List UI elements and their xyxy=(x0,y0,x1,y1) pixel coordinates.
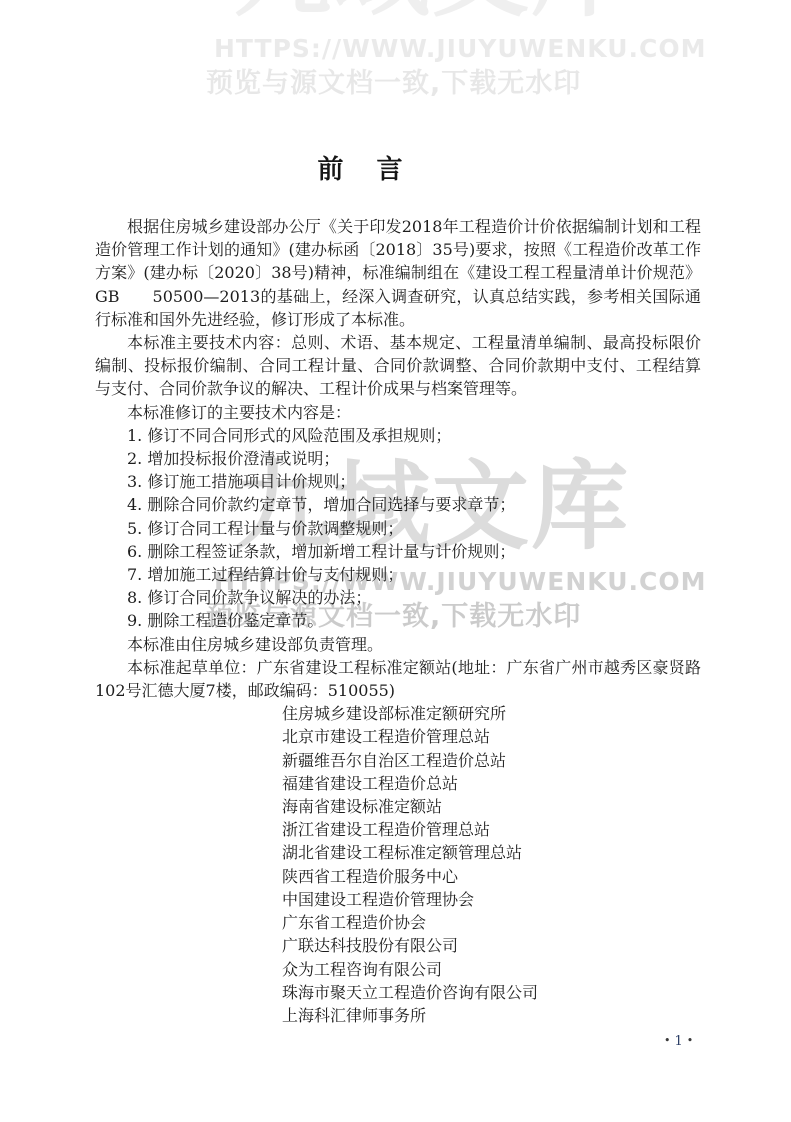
revision-item: 4. 删除合同价款约定章节，增加合同选择与要求章节； xyxy=(95,493,701,516)
drafting-org-item: 珠海市聚天立工程造价咨询有限公司 xyxy=(282,981,701,1004)
revision-item: 7. 增加施工过程结算计价与支付规则； xyxy=(95,563,701,586)
drafting-org-item: 北京市建设工程造价管理总站 xyxy=(282,725,701,748)
page-number-right-dot: • xyxy=(687,1034,694,1047)
drafting-org-item: 福建省建设工程造价总站 xyxy=(282,772,701,795)
drafting-org-item: 广联达科技股份有限公司 xyxy=(282,934,701,957)
revision-item: 5. 修订合同工程计量与价款调整规则； xyxy=(95,517,701,540)
page-number-value: 1 xyxy=(671,1034,687,1049)
management-note: 本标准由住房城乡建设部负责管理。 xyxy=(95,633,701,656)
drafting-org-list: 住房城乡建设部标准定额研究所北京市建设工程造价管理总站新疆维吾尔自治区工程造价总… xyxy=(282,702,701,1027)
drafting-org-item: 海南省建设标准定额站 xyxy=(282,795,701,818)
paragraph-basis: 根据住房城乡建设部办公厅《关于印发2018年工程造价计价依据编制计划和工程造价管… xyxy=(95,215,701,331)
drafting-org-item: 众为工程咨询有限公司 xyxy=(282,958,701,981)
paragraph-contents: 本标准主要技术内容：总则、术语、基本规定、工程量清单编制、最高投标限价编制、投标… xyxy=(95,331,701,401)
page-title-char-left: 前 xyxy=(317,155,343,185)
revision-item: 8. 修订合同价款争议解决的办法； xyxy=(95,586,701,609)
document-page: 九域文库 HTTPS://WWW.JIUYUWENKU.COM 预览与源文档一致… xyxy=(0,0,791,1122)
page-number: •1• xyxy=(664,1033,693,1050)
body-text: 根据住房城乡建设部办公厅《关于印发2018年工程造价计价依据编制计划和工程造价管… xyxy=(95,215,701,1027)
page-number-left-dot: • xyxy=(664,1034,671,1047)
drafting-unit-line: 本标准起草单位：广东省建设工程标准定额站(地址：广东省广州市越秀区豪贤路102号… xyxy=(95,656,701,702)
drafting-org-item: 中国建设工程造价管理协会 xyxy=(282,888,701,911)
page-title-char-right: 言 xyxy=(377,155,403,185)
revision-item: 2. 增加投标报价澄清或说明； xyxy=(95,447,701,470)
drafting-org-item: 上海科汇律师事务所 xyxy=(282,1004,701,1027)
document-content: 前言 根据住房城乡建设部办公厅《关于印发2018年工程造价计价依据编制计划和工程… xyxy=(95,0,701,1027)
drafting-org-item: 湖北省建设工程标准定额管理总站 xyxy=(282,841,701,864)
revision-item: 1. 修订不同合同形式的风险范围及承担规则； xyxy=(95,424,701,447)
drafting-org-item: 陕西省工程造价服务中心 xyxy=(282,865,701,888)
drafting-org-item: 浙江省建设工程造价管理总站 xyxy=(282,818,701,841)
revision-item: 6. 删除工程签证条款，增加新增工程计量与计价规则； xyxy=(95,540,701,563)
drafting-org-item: 广东省工程造价协会 xyxy=(282,911,701,934)
drafting-org-item: 新疆维吾尔自治区工程造价总站 xyxy=(282,749,701,772)
revision-item-list: 1. 修订不同合同形式的风险范围及承担规则；2. 增加投标报价澄清或说明；3. … xyxy=(95,424,701,633)
drafting-org-item: 住房城乡建设部标准定额研究所 xyxy=(282,702,701,725)
page-title: 前言 xyxy=(57,156,663,185)
revision-item: 3. 修订施工措施项目计价规则； xyxy=(95,470,701,493)
revision-item: 9. 删除工程造价鉴定章节。 xyxy=(95,609,701,632)
revision-intro: 本标准修订的主要技术内容是： xyxy=(95,401,701,424)
